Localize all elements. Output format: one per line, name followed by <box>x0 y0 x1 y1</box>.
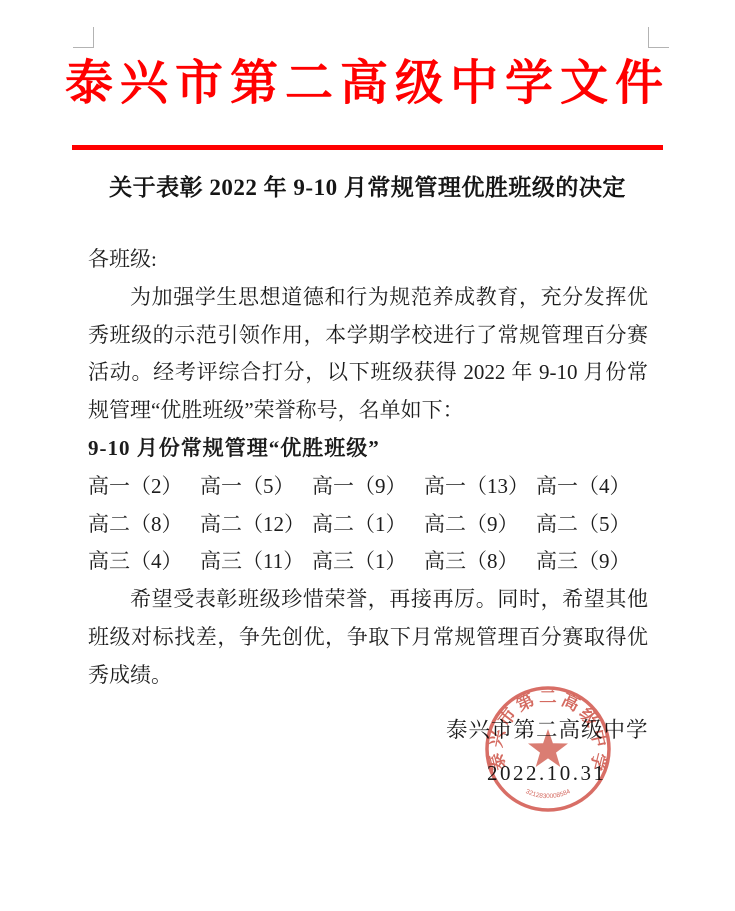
seal-border <box>487 688 609 810</box>
winner-cell: 高三（9） <box>536 543 648 581</box>
winner-cell: 高一（4） <box>536 468 648 506</box>
winner-cell: 高二（12） <box>200 506 312 544</box>
winner-cell: 高三（11） <box>200 543 312 581</box>
document-sheet: 泰兴市第二高级中学文件 关于表彰 2022 年 9-10 月常规管理优胜班级的决… <box>0 0 735 911</box>
winner-cell: 高二（1） <box>312 506 424 544</box>
document-body: 各班级: 为加强学生思想道德和行为规范养成教育，充分发挥优秀班级的示范引领作用，… <box>88 241 648 695</box>
intro-paragraph: 为加强学生思想道德和行为规范养成教育，充分发挥优秀班级的示范引领作用，本学期学校… <box>88 279 648 430</box>
winner-cell: 高三（4） <box>88 543 200 581</box>
document-title: 关于表彰 2022 年 9-10 月常规管理优胜班级的决定 <box>40 169 695 202</box>
winner-cell: 高一（2） <box>88 468 200 506</box>
signature-organization: 泰兴市第二高级中学 <box>446 713 649 744</box>
winner-cell: 高三（1） <box>312 543 424 581</box>
winner-cell: 高一（13） <box>424 468 536 506</box>
letterhead-title: 泰兴市第二高级中学文件 <box>0 44 735 113</box>
official-seal: 泰兴市第二高级中学 3212830008584 <box>478 679 618 819</box>
winners-grid: 高一（2） 高一（5） 高一（9） 高一（13） 高一（4） 高二（8） 高二（… <box>88 468 648 581</box>
signature-date: 2022.10.31 <box>487 761 607 786</box>
winner-cell: 高三（8） <box>424 543 536 581</box>
salutation: 各班级: <box>88 241 648 279</box>
closing-paragraph: 希望受表彰班级珍惜荣誉，再接再厉。同时，希望其他班级对标找差，争先创优，争取下月… <box>88 581 648 694</box>
letterhead-separator-rule <box>72 145 663 150</box>
winner-cell: 高一（5） <box>200 468 312 506</box>
winner-cell: 高一（9） <box>312 468 424 506</box>
seal-serial-number: 3212830008584 <box>524 788 571 800</box>
winner-cell: 高二（9） <box>424 506 536 544</box>
winner-cell: 高二（8） <box>88 506 200 544</box>
svg-text:3212830008584: 3212830008584 <box>524 788 571 800</box>
winner-cell: 高二（5） <box>536 506 648 544</box>
winners-list-title: 9-10 月份常规管理“优胜班级” <box>88 430 648 468</box>
